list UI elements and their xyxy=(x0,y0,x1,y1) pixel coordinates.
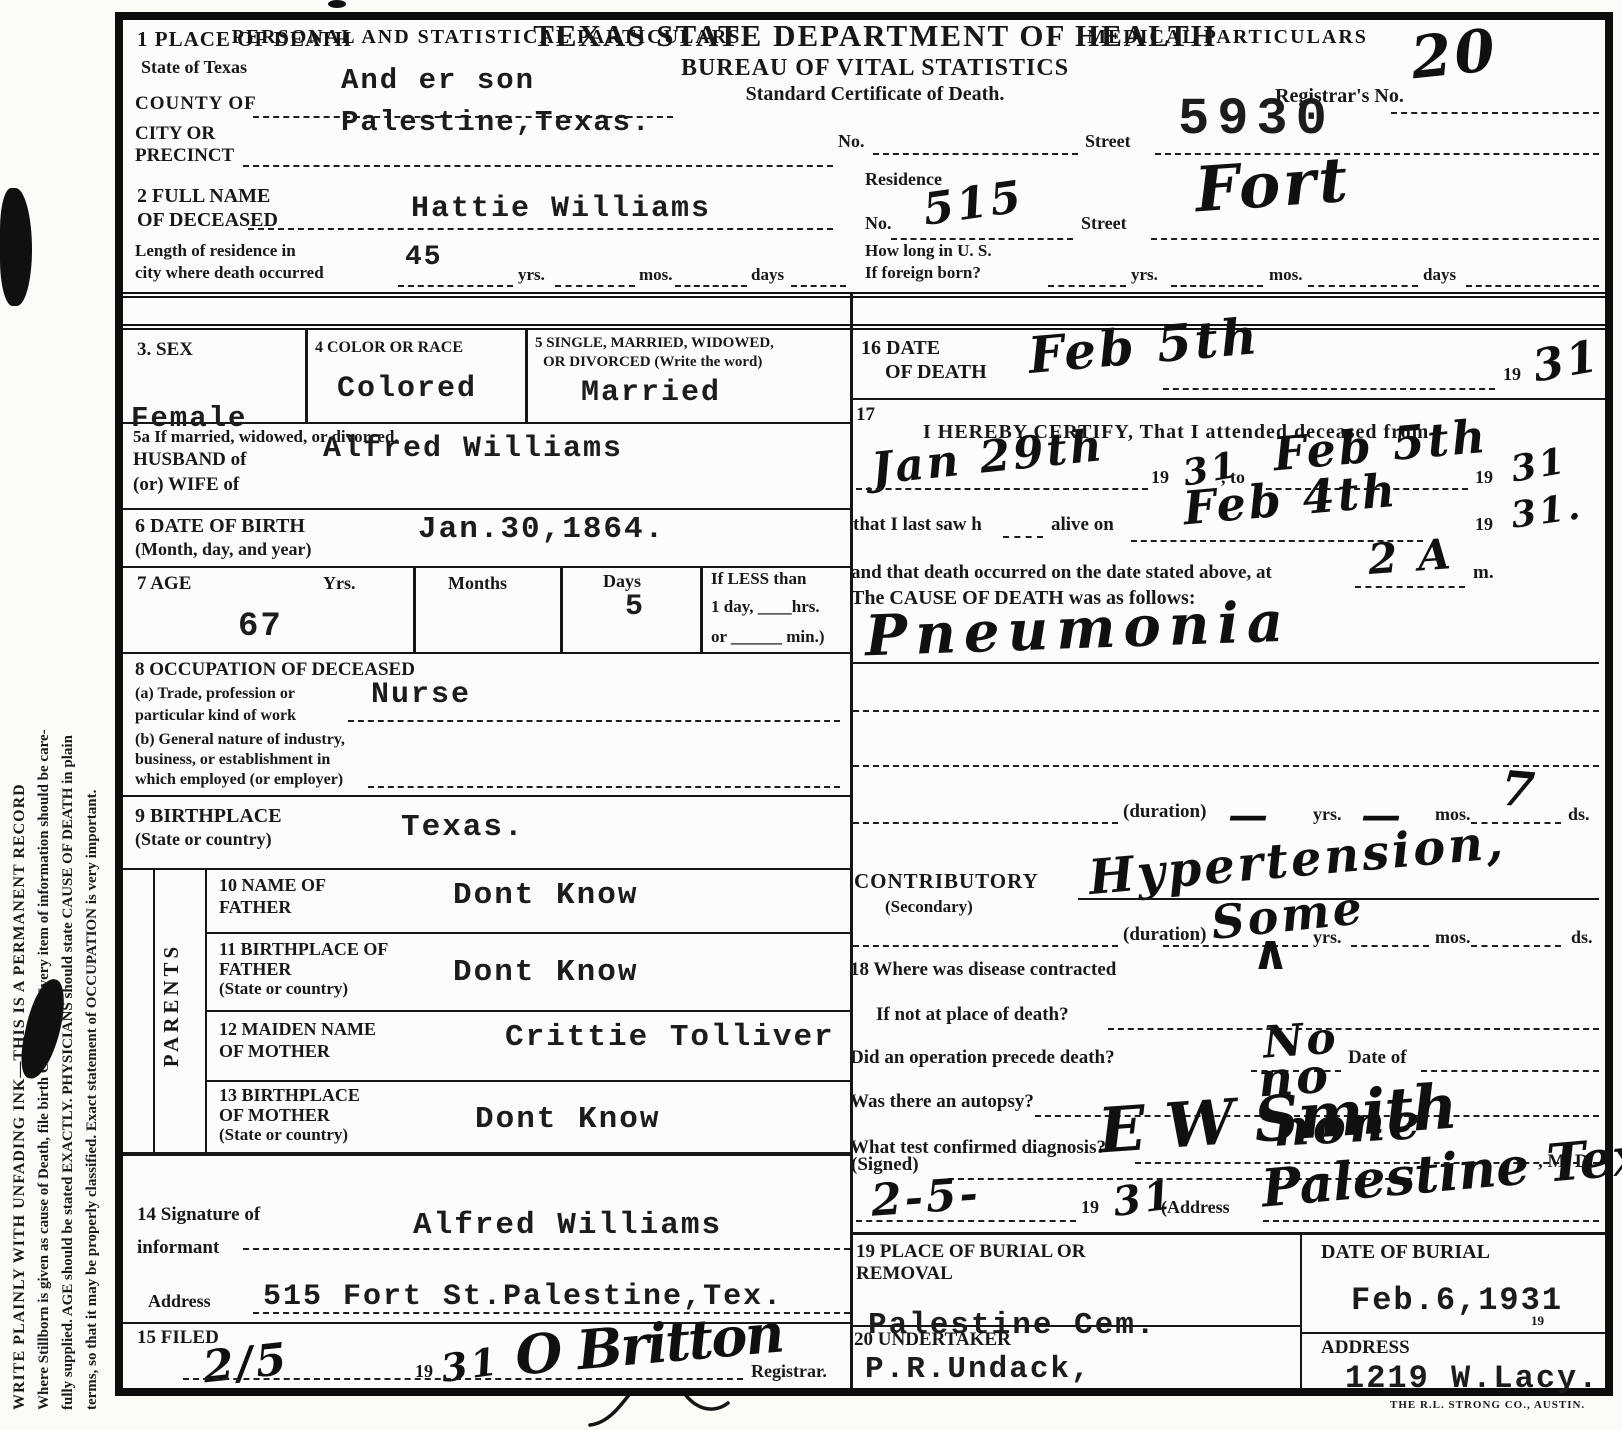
rule xyxy=(123,868,850,870)
occupation-b-label-1: (b) General nature of industry, xyxy=(135,732,345,749)
parents-strip-line xyxy=(205,868,207,1154)
margin-line-3: fully supplied. AGE should be stated EXA… xyxy=(56,20,80,1410)
county-label: COUNTY OF xyxy=(135,94,257,114)
column-divider xyxy=(850,292,853,1388)
sex-value: Female xyxy=(131,402,247,435)
signed-address-line xyxy=(1263,1220,1599,1222)
burial-19-printed: 19 xyxy=(1531,1314,1544,1328)
filed-date-value: 2/5 xyxy=(201,1334,292,1394)
dod-19-printed: 19 xyxy=(1503,365,1521,384)
marital-value: Married xyxy=(581,376,721,410)
duration2-label: (duration) xyxy=(1123,925,1206,945)
age-years-value: 67 xyxy=(238,608,283,646)
time-line xyxy=(1355,586,1465,588)
burial-place-value: Palestine Cem. xyxy=(868,1308,1156,1343)
spouse-label-2: HUSBAND of xyxy=(133,450,246,470)
duration-days-value: 7 xyxy=(1499,761,1540,820)
dod-line xyxy=(1163,388,1495,390)
margin-line-4: terms, so that it may be properly classi… xyxy=(80,20,104,1410)
standard-subtitle: Standard Certificate of Death. xyxy=(505,84,1245,105)
informant-value: Alfred Williams xyxy=(413,1208,722,1243)
saw-year-value: 31. xyxy=(1508,485,1585,537)
blank-line-2 xyxy=(853,765,1599,767)
signed-date-value: 2-5- xyxy=(869,1168,982,1227)
length-line-4 xyxy=(791,285,846,287)
uslong-label-1: How long in U. S. xyxy=(865,242,992,260)
cause-line xyxy=(853,662,1599,664)
residence-street-line xyxy=(1151,238,1599,240)
age-days-label: Days xyxy=(603,572,641,591)
cause-value: Pneumonia xyxy=(864,589,1292,670)
top-no-line xyxy=(873,153,1078,155)
age-yrs-label: Yrs. xyxy=(323,574,356,593)
occupation-label: 8 OCCUPATION OF DECEASED xyxy=(135,660,415,680)
dod-year-value: 31 xyxy=(1529,331,1604,393)
length-line-3 xyxy=(675,285,747,287)
us-mos-label: mos. xyxy=(1269,266,1303,284)
us-line-1 xyxy=(1048,285,1126,287)
burial-date-label: DATE OF BURIAL xyxy=(1321,1242,1490,1263)
blank-line-1 xyxy=(853,710,1599,712)
father-value: Dont Know xyxy=(453,878,638,913)
occupation-b-label-2: business, or establishment in xyxy=(135,752,330,769)
parents-bracket-line xyxy=(153,868,155,1154)
city-label-1: CITY OR xyxy=(135,124,215,144)
us-yrs-label: yrs. xyxy=(1131,266,1158,284)
filed-line xyxy=(183,1378,743,1380)
occupation-value: Nurse xyxy=(371,678,471,712)
medical-band-label: MEDICAL PARTICULARS xyxy=(850,26,1605,49)
less-than-label-3: or ______ min.) xyxy=(711,628,825,646)
residence-street-label: Street xyxy=(1081,214,1127,233)
parents-vertical-label: PARENTS xyxy=(160,895,200,1115)
length-mos-label: mos. xyxy=(639,266,673,284)
occupation-b-label-3: which employed (or employer) xyxy=(135,772,343,789)
race-label: 4 COLOR OR RACE xyxy=(315,340,463,357)
mother-bp-value: Dont Know xyxy=(475,1102,660,1137)
mother-bp-label-2: OF MOTHER xyxy=(219,1106,330,1125)
state-label: State of Texas xyxy=(141,58,247,77)
residence-no-line xyxy=(891,238,1073,240)
rule xyxy=(850,398,1605,400)
age-months-label: Months xyxy=(448,574,507,593)
us-line-4 xyxy=(1466,285,1599,287)
cell-divider xyxy=(560,566,563,652)
top-no-label: No. xyxy=(838,132,865,151)
last-saw-label-2: alive on xyxy=(1051,515,1114,535)
duration2-ds-label: ds. xyxy=(1571,928,1593,947)
dod-label-1: 16 DATE xyxy=(861,338,940,359)
father-bp-label-3: (State or country) xyxy=(219,980,348,998)
undertaker-address-value: 1219 W.Lacy. xyxy=(1345,1360,1599,1397)
rule xyxy=(850,1232,1605,1235)
if-not-line xyxy=(1108,1028,1599,1030)
occupation-b-line xyxy=(368,786,840,788)
father-bp-label-2: FATHER xyxy=(219,960,291,979)
duration2-ds-line xyxy=(1471,945,1561,947)
rule xyxy=(1300,1332,1605,1334)
attended-from-line xyxy=(856,488,1148,490)
rule xyxy=(123,1152,850,1156)
attended-from-value: Jan 29th xyxy=(869,420,1107,495)
duration2-yrs-label: yrs. xyxy=(1313,928,1342,947)
mother-label-2: OF MOTHER xyxy=(219,1042,330,1061)
burial-label-1: 19 PLACE OF BURIAL OR xyxy=(856,1242,1085,1262)
marital-label-1: 5 SINGLE, MARRIED, WIDOWED, xyxy=(535,336,774,352)
mother-value: Crittie Tolliver xyxy=(505,1020,835,1055)
registrar-no-line xyxy=(1391,112,1599,114)
duration-yrs-dash: — xyxy=(1228,792,1271,839)
contributory-label-1: CONTRIBUTORY xyxy=(854,870,1039,892)
to-19-printed: 19 xyxy=(1475,468,1493,487)
sex-label: 3. SEX xyxy=(137,340,193,360)
rule xyxy=(123,508,850,510)
spouse-value: Alfred Williams xyxy=(323,432,623,466)
age-days-value: 5 xyxy=(625,590,645,624)
rule xyxy=(205,1080,850,1082)
birthplace-label-2: (State or country) xyxy=(135,830,272,849)
duration-yrs-label: yrs. xyxy=(1313,805,1342,824)
residence-no-label: No. xyxy=(865,214,892,233)
burial-label-2: REMOVAL xyxy=(856,1264,953,1284)
filed-year-value: 31 xyxy=(438,1338,503,1391)
age-label: 7 AGE xyxy=(137,574,191,594)
rule xyxy=(205,1010,850,1012)
birthplace-value: Texas. xyxy=(401,810,525,845)
personal-band-label: PERSONAL AND STATISTICAL PARTICULARS xyxy=(123,26,850,49)
occupation-a-label-1: (a) Trade, profession or xyxy=(135,686,295,703)
us-days-label: days xyxy=(1423,266,1456,284)
registrar-label: Registrar. xyxy=(751,1362,827,1381)
length-days-label: days xyxy=(751,266,784,284)
signed-address-label: (Address xyxy=(1161,1198,1230,1217)
us-line-2 xyxy=(1171,285,1263,287)
rule xyxy=(123,652,850,654)
duration2-mos-line xyxy=(1351,945,1429,947)
cell-divider xyxy=(413,566,416,652)
duration2-mos-label: mos. xyxy=(1435,928,1471,947)
length-yrs-label: yrs. xyxy=(518,266,545,284)
rule xyxy=(123,795,850,797)
ink-speck xyxy=(328,0,346,8)
uslong-label-2: If foreign born? xyxy=(865,264,981,282)
if-not-label: If not at place of death? xyxy=(876,1005,1069,1025)
signed-label: (Signed) xyxy=(851,1155,919,1175)
top-street-label: Street xyxy=(1085,132,1131,151)
fullname-value: Hattie Williams xyxy=(411,192,711,226)
saw-19-printed: 19 xyxy=(1475,515,1493,534)
cell-divider xyxy=(305,330,308,422)
autopsy-label: Was there an autopsy? xyxy=(850,1092,1034,1112)
dob-value: Jan.30,1864. xyxy=(418,512,665,547)
printer-mark: THE R.L. STRONG CO., AUSTIN. xyxy=(1390,1400,1585,1412)
cell-divider xyxy=(525,330,528,422)
occupation-a-line xyxy=(348,720,840,722)
duration-ds-label: ds. xyxy=(1568,805,1590,824)
informant-address-label: Address xyxy=(148,1292,211,1311)
length-value: 45 xyxy=(405,242,443,273)
duration-label: (duration) xyxy=(1123,802,1206,822)
us-line-3 xyxy=(1308,285,1418,287)
length-line-2 xyxy=(555,285,635,287)
cell-divider xyxy=(700,566,703,652)
contributory-label-2: (Secondary) xyxy=(885,898,973,916)
marital-label-2: OR DIVORCED (Write the word) xyxy=(543,355,762,371)
mother-bp-label-3: (State or country) xyxy=(219,1126,348,1144)
informant-label-1: 14 Signature of xyxy=(137,1205,260,1225)
spouse-label-3: (or) WIFE of xyxy=(133,475,239,495)
undertaker-address-label: ADDRESS xyxy=(1321,1338,1410,1358)
length-label-2: city where death occurred xyxy=(135,264,324,282)
rule xyxy=(123,566,850,568)
residence-street-value: Fort xyxy=(1193,143,1353,227)
father-label-2: FATHER xyxy=(219,898,291,917)
length-line-1 xyxy=(398,285,513,287)
dod-label-2: OF DEATH xyxy=(885,362,987,383)
informant-line xyxy=(243,1248,850,1250)
bureau-subtitle: BUREAU OF VITAL STATISTICS xyxy=(505,56,1245,81)
fullname-line xyxy=(248,228,833,230)
duration2-lead-line xyxy=(853,945,1118,947)
less-than-label-2: 1 day, ____hrs. xyxy=(711,598,820,616)
time-of-death-value: 2 A xyxy=(1366,529,1455,584)
fullname-label-1: 2 FULL NAME xyxy=(137,186,270,207)
last-saw-blank xyxy=(1003,536,1043,538)
ink-blob xyxy=(0,188,32,306)
from-19-printed: 19 xyxy=(1151,468,1169,487)
city-value: Palestine,Texas. xyxy=(341,106,651,139)
father-label-1: 10 NAME OF xyxy=(219,876,326,895)
signed-19-printed: 19 xyxy=(1081,1198,1099,1217)
where-contracted-mark: ∧ xyxy=(1251,925,1293,981)
to-year-value: 31 xyxy=(1508,439,1571,490)
mother-bp-label-1: 13 BIRTHPLACE xyxy=(219,1086,360,1105)
mother-label-1: 12 MAIDEN NAME xyxy=(219,1020,376,1039)
duration-lead-line xyxy=(853,822,1118,824)
margin-line-2: Where Stillborn is given as cause of Dea… xyxy=(32,20,56,1410)
race-value: Colored xyxy=(337,372,477,406)
city-label-2: PRECINCT xyxy=(135,146,234,166)
signed-date-line xyxy=(856,1220,1076,1222)
occurred-label: and that death occurred on the date stat… xyxy=(851,563,1272,583)
father-bp-label-1: 11 BIRTHPLACE OF xyxy=(219,940,388,959)
burial-divider xyxy=(1300,1232,1302,1388)
date-of-label: Date of xyxy=(1348,1048,1407,1068)
dob-label-2: (Month, day, and year) xyxy=(135,540,312,559)
m-label: m. xyxy=(1473,563,1494,583)
death-certificate-scan: WRITE PLAINLY WITH UNFADING INK—THIS IS … xyxy=(0,0,1622,1430)
certificate-frame: 1 PLACE OF DEATH State of Texas COUNTY O… xyxy=(115,12,1613,1396)
less-than-label-1: If LESS than xyxy=(711,570,806,588)
occupation-a-label-2: particular kind of work xyxy=(135,708,296,725)
birthplace-label-1: 9 BIRTHPLACE xyxy=(135,806,282,827)
rule xyxy=(205,932,850,934)
last-saw-label-1: that I last saw h xyxy=(853,515,982,535)
undertaker-value: P.R.Undack, xyxy=(865,1352,1092,1387)
section-band xyxy=(123,292,1605,330)
city-line xyxy=(243,165,833,167)
informant-label-2: informant xyxy=(137,1238,219,1258)
dob-label-1: 6 DATE OF BIRTH xyxy=(135,516,305,537)
where-contracted-label: 18 Where was disease contracted xyxy=(850,960,1116,980)
operation-label: Did an operation precede death? xyxy=(850,1048,1115,1068)
certificate-number: 5930 xyxy=(1178,90,1335,149)
item-17-number: 17 xyxy=(856,405,875,425)
father-bp-value: Dont Know xyxy=(453,955,638,990)
length-label-1: Length of residence in xyxy=(135,242,296,260)
